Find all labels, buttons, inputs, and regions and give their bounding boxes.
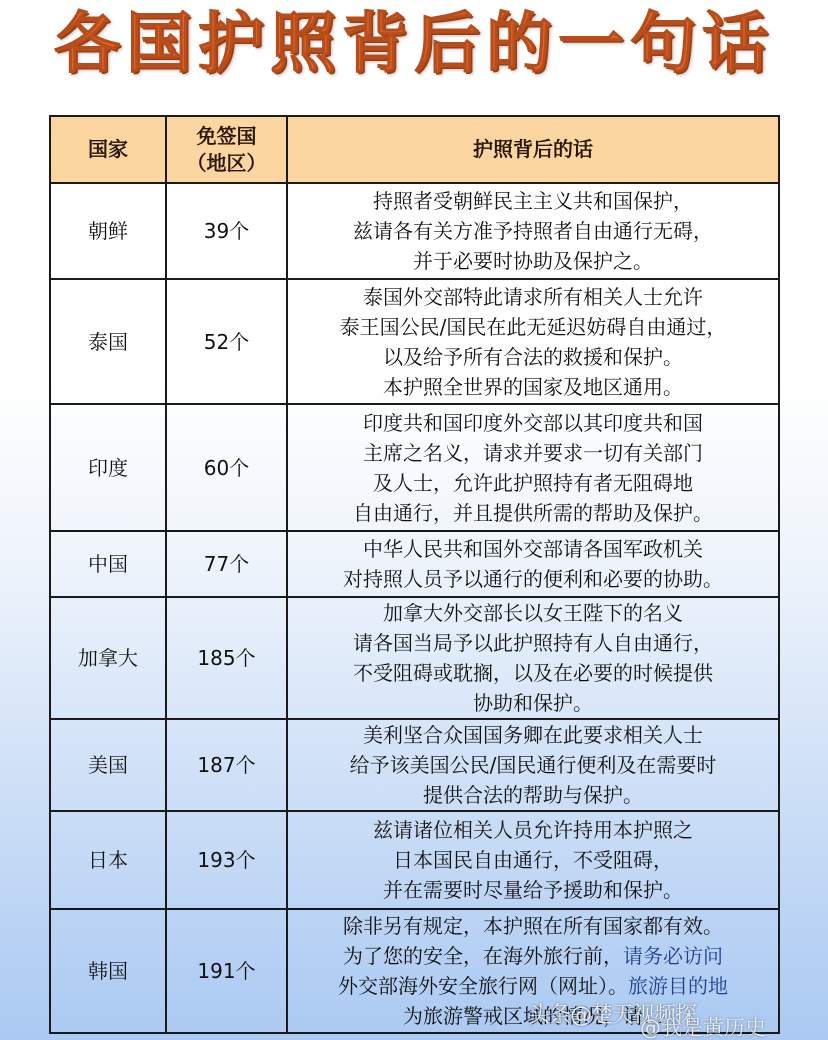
watermark-weibo: @我是黄历史 (640, 1012, 766, 1040)
count-cell: 77个 (166, 531, 287, 597)
table-row: 中国 77个 中华人民共和国外交部请各国军政机关 对持照人员予以通行的便利和必要… (50, 531, 779, 597)
quote-highlight-text: 请务必访问 (623, 944, 723, 968)
quote-line: 印度共和国印度外交部以其印度共和国 (292, 408, 774, 438)
quote-cell: 持照者受朝鲜民主主义共和国保护， 兹请各有关方准予持照者自由通行无碍， 并于必要… (287, 183, 779, 279)
page-title: 各国护照背后的一句话 (0, 4, 828, 84)
count-cell: 52个 (166, 279, 287, 404)
quote-line: 并在需要时尽量给予援助和保护。 (292, 875, 774, 905)
quote-line: 外交部海外安全旅行网（网址）。旅游目的地 (292, 971, 774, 1001)
header-visa-free-line2: （地区） (171, 150, 282, 177)
quote-highlight-text: 旅游目的地 (628, 974, 728, 998)
quote-line: 泰王国公民/国民在此无延迟妨碍自由通过， (292, 312, 774, 342)
table-row: 美国 187个 美利坚合众国国务卿在此要求相关人士 给予该美国公民/国民通行便利… (50, 719, 779, 811)
quote-cell: 泰国外交部特此请求所有相关人士允许 泰王国公民/国民在此无延迟妨碍自由通过， 以… (287, 279, 779, 404)
quote-line: 兹请各有关方准予持照者自由通行无碍， (292, 216, 774, 246)
quote-text: 除非另有规定，本护照在所有国家都有效。 (343, 914, 723, 938)
quote-line: 中华人民共和国外交部请各国军政机关 (292, 534, 774, 564)
quote-cell: 美利坚合众国国务卿在此要求相关人士 给予该美国公民/国民通行便利及在需要时 提供… (287, 719, 779, 811)
quote-line: 协助和保护。 (292, 688, 774, 718)
quote-line: 兹请诸位相关人员允许持用本护照之 (292, 815, 774, 845)
quote-cell: 中华人民共和国外交部请各国军政机关 对持照人员予以通行的便利和必要的协助。 (287, 531, 779, 597)
quote-line: 加拿大外交部长以女王陛下的名义 (292, 598, 774, 628)
country-cell: 韩国 (50, 909, 166, 1033)
count-cell: 185个 (166, 597, 287, 719)
quote-cell: 加拿大外交部长以女王陛下的名义 请各国当局予以此护照持有人自由通行， 不受阻碍或… (287, 597, 779, 719)
table-row: 加拿大 185个 加拿大外交部长以女王陛下的名义 请各国当局予以此护照持有人自由… (50, 597, 779, 719)
quote-line: 以及给予所有合法的救援和保护。 (292, 342, 774, 372)
quote-line: 本护照全世界的国家及地区通用。 (292, 372, 774, 402)
quote-line: 对持照人员予以通行的便利和必要的协助。 (292, 564, 774, 594)
country-cell: 朝鲜 (50, 183, 166, 279)
passport-quotes-table: 国家 免签国 （地区） 护照背后的话 朝鲜 39个 持照者受朝鲜民主主义共和国保… (49, 115, 780, 1034)
table-row: 日本 193个 兹请诸位相关人员允许持用本护照之 日本国民自由通行，不受阻碍， … (50, 811, 779, 909)
quote-line: 不受阻碍或耽搁，以及在必要的时候提供 (292, 658, 774, 688)
quote-line: 日本国民自由通行，不受阻碍， (292, 845, 774, 875)
country-cell: 美国 (50, 719, 166, 811)
quote-line: 主席之名义，请求并要求一切有关部门 (292, 438, 774, 468)
quote-line: 美利坚合众国国务卿在此要求相关人士 (292, 720, 774, 750)
country-cell: 日本 (50, 811, 166, 909)
count-cell: 39个 (166, 183, 287, 279)
table-row: 印度 60个 印度共和国印度外交部以其印度共和国 主席之名义，请求并要求一切有关… (50, 404, 779, 531)
country-cell: 加拿大 (50, 597, 166, 719)
country-cell: 印度 (50, 404, 166, 531)
quote-line: 提供合法的帮助与保护。 (292, 780, 774, 810)
quote-line: 及人士，允许此护照持有者无阻碍地 (292, 468, 774, 498)
table-row: 朝鲜 39个 持照者受朝鲜民主主义共和国保护， 兹请各有关方准予持照者自由通行无… (50, 183, 779, 279)
quote-line: 泰国外交部特此请求所有相关人士允许 (292, 282, 774, 312)
quote-line: 自由通行，并且提供所需的帮助及保护。 (292, 498, 774, 528)
header-visa-free: 免签国 （地区） (166, 116, 287, 183)
header-quote: 护照背后的话 (287, 116, 779, 183)
header-country: 国家 (50, 116, 166, 183)
count-cell: 193个 (166, 811, 287, 909)
header-visa-free-line1: 免签国 (171, 123, 282, 150)
quote-line: 持照者受朝鲜民主主义共和国保护， (292, 186, 774, 216)
country-cell: 泰国 (50, 279, 166, 404)
quote-text: 为了您的安全，在海外旅行前， (343, 944, 623, 968)
country-cell: 中国 (50, 531, 166, 597)
quote-line: 除非另有规定，本护照在所有国家都有效。 (292, 911, 774, 941)
count-cell: 191个 (166, 909, 287, 1033)
count-cell: 60个 (166, 404, 287, 531)
quote-line: 给予该美国公民/国民通行便利及在需要时 (292, 750, 774, 780)
quote-line: 为了您的安全，在海外旅行前，请务必访问 (292, 941, 774, 971)
quote-line: 请各国当局予以此护照持有人自由通行， (292, 628, 774, 658)
table-row: 泰国 52个 泰国外交部特此请求所有相关人士允许 泰王国公民/国民在此无延迟妨碍… (50, 279, 779, 404)
quote-cell: 兹请诸位相关人员允许持用本护照之 日本国民自由通行，不受阻碍， 并在需要时尽量给… (287, 811, 779, 909)
count-cell: 187个 (166, 719, 287, 811)
table-header-row: 国家 免签国 （地区） 护照背后的话 (50, 116, 779, 183)
quote-text: 外交部海外安全旅行网（网址）。 (338, 974, 628, 998)
quote-cell: 印度共和国印度外交部以其印度共和国 主席之名义，请求并要求一切有关部门 及人士，… (287, 404, 779, 531)
quote-line: 并于必要时协助及保护之。 (292, 246, 774, 276)
